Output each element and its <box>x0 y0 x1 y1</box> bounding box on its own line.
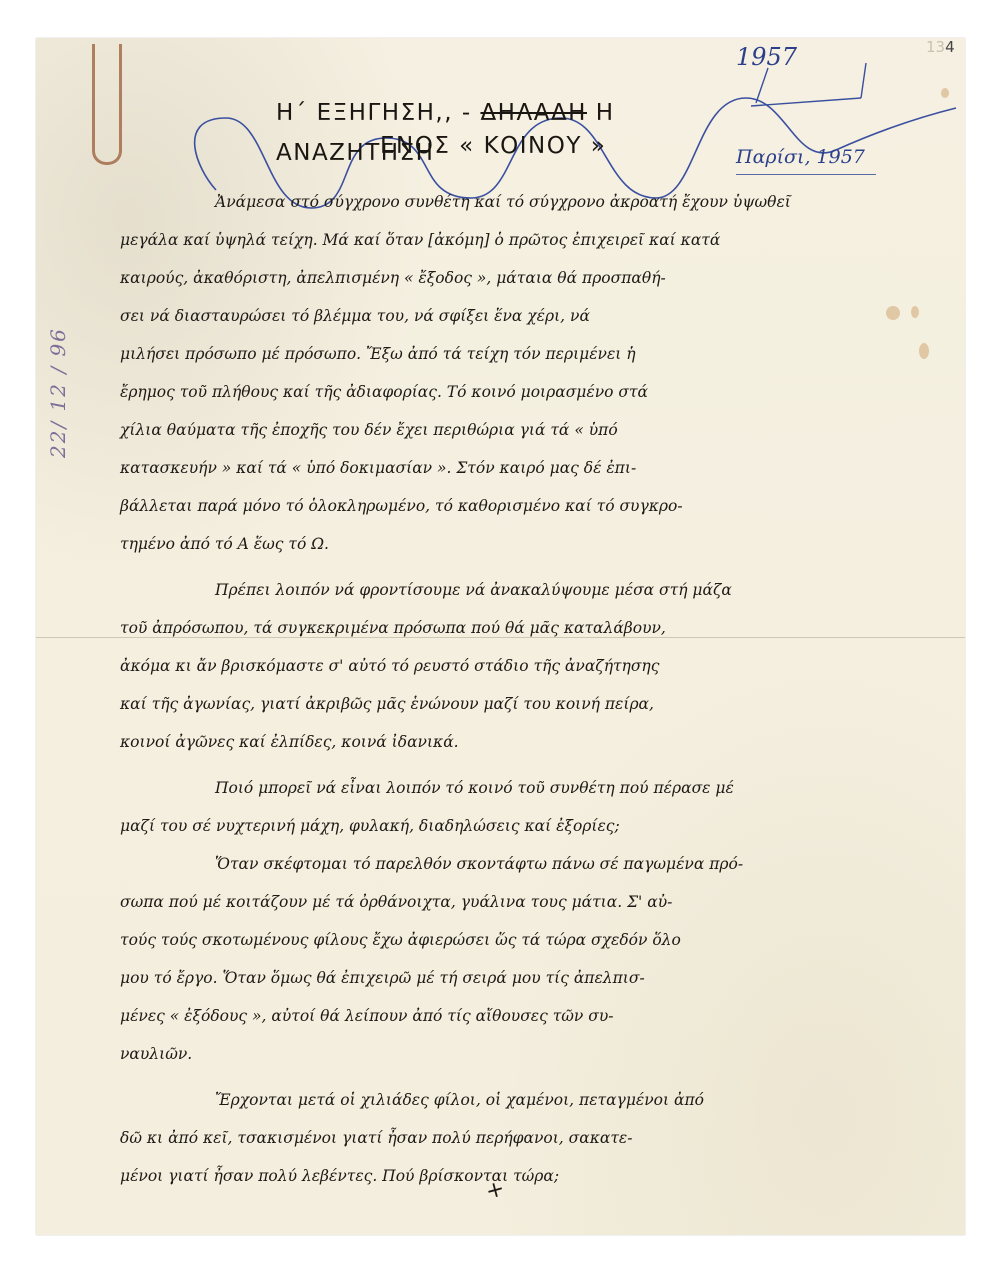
title-part1: Η΄ ΕΞΗΓΗΣΗ,, <box>276 100 453 126</box>
text-line: τούς τούς σκοτωμένους φίλους ἔχω ἀφιερώσ… <box>120 921 960 959</box>
text-line: μένοι γιατί ἦσαν πολύ λεβέντες. Πού βρίσ… <box>120 1157 960 1195</box>
manuscript-body: Ἀνάμεσα στό σύγχρονο συνθέτη καί τό σύγχ… <box>120 183 960 1195</box>
text-line: χίλια θαύματα τῆς ἐποχῆς του δέν ἔχει πε… <box>120 411 960 449</box>
page-number-value: 4 <box>945 38 955 56</box>
text-line: ἀκόμα κι ἄν βρισκόμαστε σ' αὐτό τό ρευστ… <box>120 647 960 685</box>
text-line: τημένο ἀπό τό Α ἕως τό Ω. <box>120 525 960 563</box>
title-struck-word: ΔΗΛΑΔΗ <box>480 100 587 126</box>
text-line: Ἀνάμεσα στό σύγχρονο συνθέτη καί τό σύγχ… <box>120 183 960 221</box>
text-line: κοινοί ἀγῶνες καί ἐλπίδες, κοινά ἰδανικά… <box>120 723 960 761</box>
text-line: καιρούς, ἀκαθόριστη, ἀπελπισμένη « ἔξοδο… <box>120 259 960 297</box>
text-line: σωπα πού μέ κοιτάζουν μέ τά ὀρθάνοιχτα, … <box>120 883 960 921</box>
text-line: Ὅταν σκέφτομαι τό παρελθόν σκοντάφτω πάν… <box>120 845 960 883</box>
text-line: μένες « ἐξόδους », αὐτοί θά λείπουν ἀπό … <box>120 997 960 1035</box>
text-line: βάλλεται παρά μόνο τό ὁλοκληρωμένο, τό κ… <box>120 487 960 525</box>
text-line: ἔρημος τοῦ πλήθους καί τῆς ἀδιαφορίας. Τ… <box>120 373 960 411</box>
text-line: μιλήσει πρόσωπο μέ πρόσωπο. Ἔξω ἀπό τά τ… <box>120 335 960 373</box>
text-line: Ἔρχονται μετά οἱ χιλιάδες φίλοι, οἱ χαμέ… <box>120 1081 960 1119</box>
manuscript-page: 1957 134 Η΄ ΕΞΗΓΗΣΗ,, - ΔΗΛΑΔΗ Η ΑΝΑΖΗΤΗ… <box>36 38 965 1235</box>
text-line: μεγάλα καί ὑψηλά τείχη. Μά καί ὅταν [ἀκό… <box>120 221 960 259</box>
text-line: Πρέπει λοιπόν νά φροντίσουμε νά ἀνακαλύψ… <box>120 571 960 609</box>
text-line: τοῦ ἀπρόσωπου, τά συγκεκριμένα πρόσωπα π… <box>120 609 960 647</box>
text-line: μου τό ἔργο. Ὅταν ὅμως θά ἐπιχειρῶ μέ τή… <box>120 959 960 997</box>
text-line: ναυλιῶν. <box>120 1035 960 1073</box>
text-line: Ποιό μπορεῖ νά εἶναι λοιπόν τό κοινό τοῦ… <box>120 769 960 807</box>
text-line: δῶ κι ἀπό κεῖ, τσακισμένοι γιατί ἦσαν πο… <box>120 1119 960 1157</box>
year-annotation: 1957 <box>736 43 797 71</box>
text-line: καί τῆς ἀγωνίας, γιατί ἀκριβῶς μᾶς ἑνώνο… <box>120 685 960 723</box>
text-line: κατασκευήν » καί τά « ὑπό δοκιμασίαν ». … <box>120 449 960 487</box>
place-date-annotation: Παρίσι, 1957 <box>736 146 876 175</box>
text-line: μαζί του σέ νυχτερινή μάχη, φυλακή, διαδ… <box>120 807 960 845</box>
title-dash: - <box>453 100 480 126</box>
document-subtitle: ΕΝΟΣ « ΚΟΙΝΟΥ » <box>380 133 606 159</box>
page-number-faint: 13 <box>926 38 945 56</box>
text-line: σει νά διασταυρώσει τό βλέμμα του, νά σφ… <box>120 297 960 335</box>
margin-pencil-annotation: 22/ 12 / 96 <box>46 327 70 458</box>
paperclip-rust-mark <box>92 44 122 165</box>
page-number: 134 <box>926 38 955 56</box>
